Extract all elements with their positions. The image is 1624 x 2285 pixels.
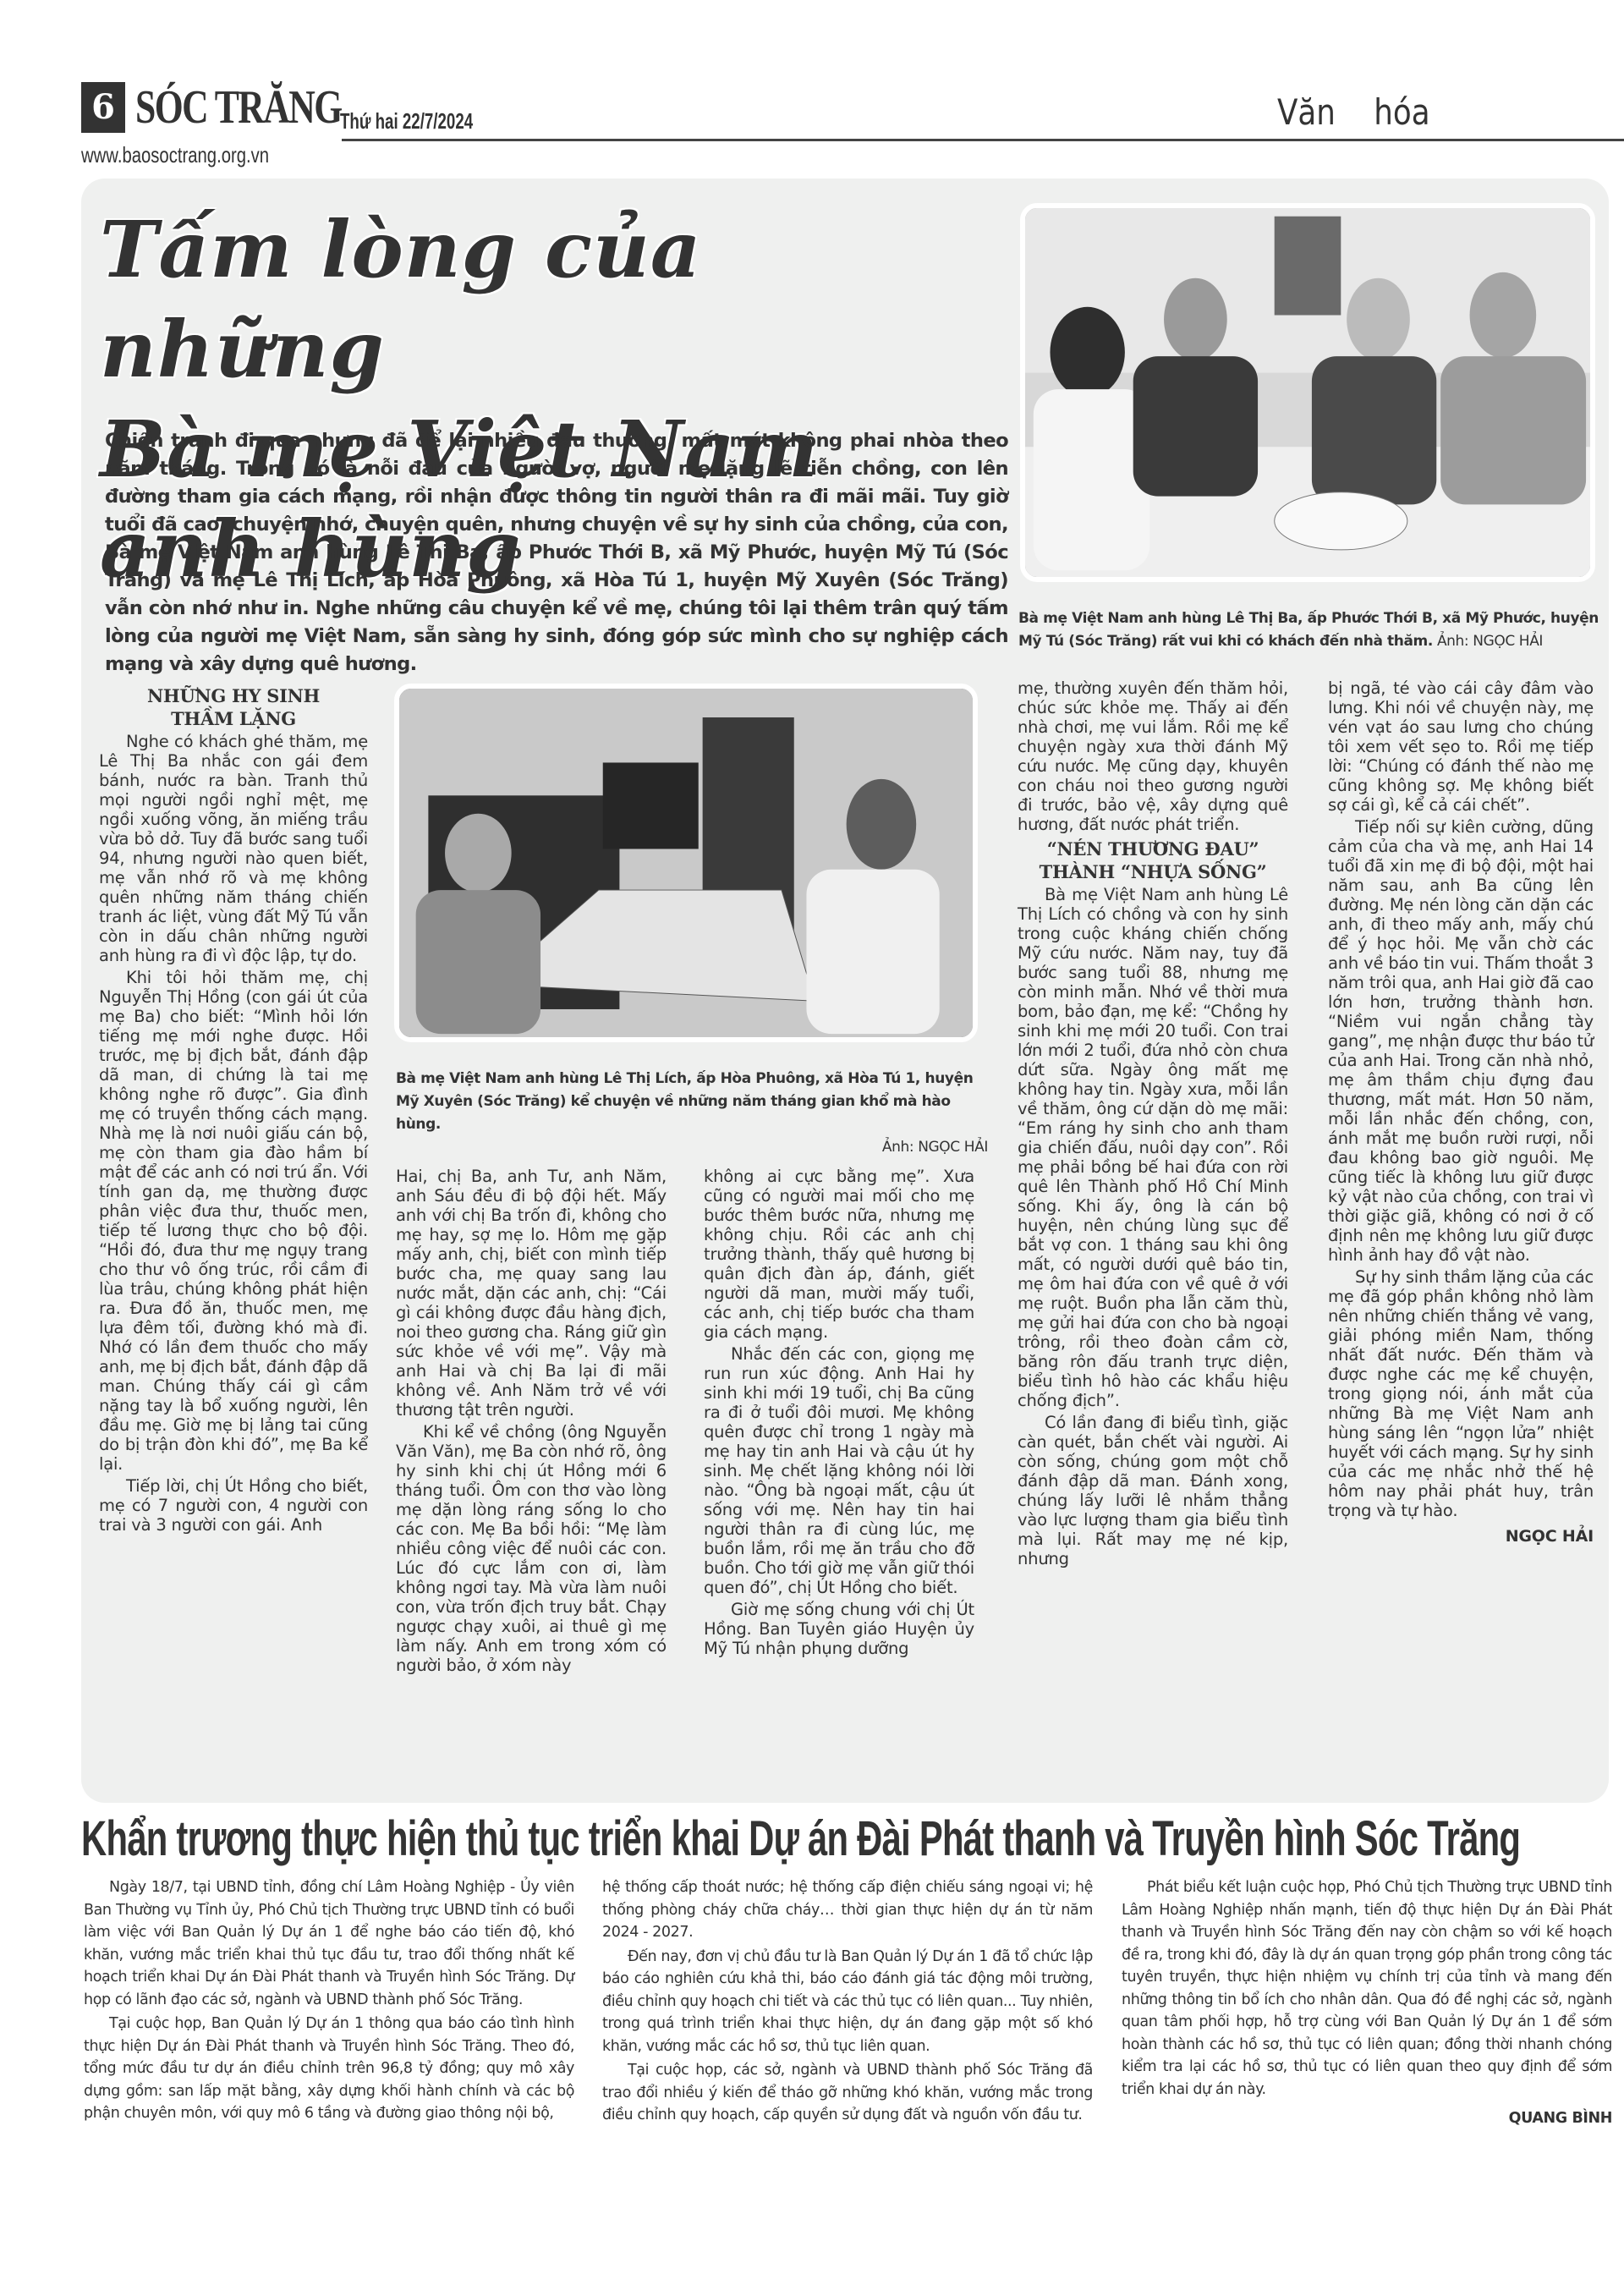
author-byline: QUANG BÌNH [1122,2107,1612,2130]
news-column-1: Ngày 18/7, tại UBND tỉnh, đồng chí Lâm H… [84,1876,574,2127]
paragraph: Tiếp nối sự kiên cường, dũng cảm của cha… [1328,817,1594,1265]
feature-column-3: không ai cực bằng mẹ”. Xưa cũng có người… [704,1167,974,1661]
news-column-3: Phát biểu kết luận cuộc họp, Phó Chủ tịc… [1122,1876,1612,2130]
feature-column-1: NHỮNG HY SINH THẦM LẶNG Nghe có khách gh… [99,681,368,1537]
feature-column-4: mẹ, thường xuyên đến thăm hỏi, chúc sức … [1018,678,1288,1571]
section-title: Văn hóa [1277,91,1430,133]
issue-date: Thứ hai 22/7/2024 [340,108,473,135]
paragraph: Khi tôi hỏi thăm mẹ, chị Nguyễn Thị Hồng… [99,968,368,1474]
paragraph: Hai, chị Ba, anh Tư, anh Năm, anh Sáu đề… [396,1167,667,1420]
paragraph: bị ngã, té vào cái cây đâm vào lưng. Khi… [1328,678,1594,815]
paragraph: Phát biểu kết luận cuộc họp, Phó Chủ tịc… [1122,1876,1612,2101]
paragraph: Ngày 18/7, tại UBND tỉnh, đồng chí Lâm H… [84,1876,574,2011]
paragraph: Khi kể về chồng (ông Nguyễn Văn Văn), mẹ… [396,1422,667,1675]
paragraph: Tại cuộc họp, các sở, ngành và UBND thàn… [602,2059,1093,2127]
paragraph: hệ thống cấp thoát nước; hệ thống cấp đi… [602,1876,1093,1944]
feature-column-5: bị ngã, té vào cái cây đâm vào lưng. Khi… [1328,678,1594,1546]
caption-text: Bà mẹ Việt Nam anh hùng Lê Thị Lích, ấp … [396,1070,973,1133]
photo-credit: Ảnh: NGỌC HẢI [1437,633,1543,650]
author-byline: NGỌC HẢI [1328,1527,1594,1546]
news-column-2: hệ thống cấp thoát nước; hệ thống cấp đi… [602,1876,1093,2128]
page-number: 6 [81,82,125,133]
photo-visit-women [1020,203,1595,582]
paragraph: mẹ, thường xuyên đến thăm hỏi, chúc sức … [1018,678,1288,834]
photo-caption-top: Bà mẹ Việt Nam anh hùng Lê Thị Ba, ấp Ph… [1018,607,1602,653]
subheading-grief-to-strength: “NÉN THƯƠNG ĐAU” THÀNH “NHỰA SỐNG” [1018,838,1288,883]
paragraph: Có lần đang đi biểu tình, giặc càn quét,… [1018,1413,1288,1568]
news-headline: Khẩn trương thực hiện thủ tục triển khai… [81,1809,1196,1870]
paragraph: Bà mẹ Việt Nam anh hùng Lê Thị Lích có c… [1018,885,1288,1410]
paragraph: Tiếp lời, chị Út Hồng cho biết, mẹ có 7 … [99,1476,368,1535]
subheading-silent-sacrifices: NHỮNG HY SINH THẦM LẶNG [99,684,368,730]
paragraph: Nhắc đến các con, giọng mẹ run run xúc đ… [704,1344,974,1597]
paragraph: Tại cuộc họp, Ban Quản lý Dự án 1 thông … [84,2013,574,2125]
paragraph: Giờ mẹ sống chung với chị Út Hồng. Ban T… [704,1600,974,1658]
paragraph: Nghe có khách ghé thăm, mẹ Lê Thị Ba nhắ… [99,732,368,965]
website-link[interactable]: www.baosoctrang.org.vn [81,142,269,168]
paragraph: Sự hy sinh thầm lặng của các mẹ đã góp p… [1328,1267,1594,1520]
feature-lead-paragraph: Chiến tranh đi qua nhưng đã để lại nhiều… [105,427,1008,678]
photo-caption-middle: Bà mẹ Việt Nam anh hùng Lê Thị Lích, ấp … [396,1068,988,1159]
paragraph: Đến nay, đơn vị chủ đầu tư là Ban Quản l… [602,1946,1093,2058]
photo-placeholder-icon [399,689,973,1037]
photo-interview [394,684,978,1042]
photo-credit: Ảnh: NGỌC HẢI [396,1136,988,1159]
feature-column-2: Hai, chị Ba, anh Tư, anh Năm, anh Sáu đề… [396,1167,667,1678]
paragraph: không ai cực bằng mẹ”. Xưa cũng có người… [704,1167,974,1342]
feature-headline-line-1: Tấm lòng của những [100,200,996,399]
header-divider [342,139,1624,141]
newspaper-logo: SÓC TRĂNG [135,81,342,134]
photo-placeholder-icon [1025,208,1590,577]
